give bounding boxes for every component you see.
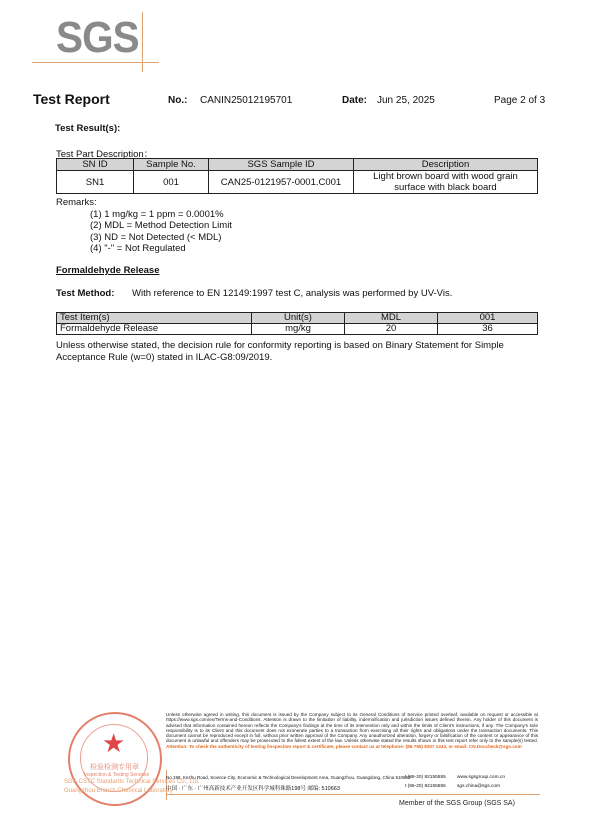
cell-sgs-sample-id: CAN25-0121957-0001.C001 — [209, 171, 354, 194]
formaldehyde-results-table: Test Item(s) Unit(s) MDL 001 Formaldehyd… — [56, 312, 538, 335]
test-method-text: With reference to EN 12149:1997 test C, … — [132, 288, 452, 299]
column-header: Unit(s) — [252, 313, 345, 324]
remark-item: (1) 1 mg/kg = 1 ppm = 0.0001% — [90, 209, 232, 221]
column-header: SGS Sample ID — [209, 159, 354, 171]
date-value: Jun 25, 2025 — [377, 95, 435, 106]
test-results-heading: Test Result(s): — [55, 123, 120, 134]
test-method-label: Test Method: — [56, 288, 132, 299]
table-row: SN1 001 CAN25-0121957-0001.C001 Light br… — [57, 171, 538, 194]
telephone-1: t (86-20) 82155555 — [405, 775, 446, 780]
address-cn: 中国 · 广东 · 广州高新技术产业开发区科学城科珠路198号 邮编: 5106… — [166, 784, 340, 792]
stamp-en-text: Inspection & Testing Services — [84, 772, 149, 778]
remarks: Remarks: (1) 1 mg/kg = 1 ppm = 0.0001% (… — [56, 197, 232, 255]
legal-text: Unless otherwise agreed in writing, this… — [166, 712, 538, 743]
test-method: Test Method:With reference to EN 12149:1… — [56, 288, 452, 299]
cell-mdl: 20 — [345, 324, 438, 335]
remarks-list: (1) 1 mg/kg = 1 ppm = 0.0001% (2) MDL = … — [56, 209, 232, 255]
logo-horizontal-rule — [32, 62, 159, 63]
formaldehyde-section-title: Formaldehyde Release — [56, 265, 160, 276]
table-row: Formaldehyde Release mg/kg 20 36 — [57, 324, 538, 335]
stamp-cn-text: 检验检测专用章 — [90, 762, 139, 772]
report-no-value: CANIN25012195701 — [200, 95, 292, 106]
lab-name-line2: Guangzhou Branch Chemical Laboratory — [64, 788, 173, 794]
column-header: Description — [354, 159, 538, 171]
member-statement: Member of the SGS Group (SGS SA) — [399, 800, 515, 807]
column-header: Sample No. — [134, 159, 209, 171]
website-link[interactable]: www.sgsgroup.com.cn — [457, 775, 505, 780]
remark-item: (4) "-" = Not Regulated — [90, 243, 232, 255]
report-title: Test Report — [33, 91, 110, 107]
column-header: SN ID — [57, 159, 134, 171]
cell-result-001: 36 — [438, 324, 538, 335]
cell-description: Light brown board with wood grain surfac… — [354, 171, 538, 194]
remark-item: (3) ND = Not Detected (< MDL) — [90, 232, 232, 244]
column-header: MDL — [345, 313, 438, 324]
date-label: Date: — [342, 95, 367, 106]
column-header: Test Item(s) — [57, 313, 252, 324]
email-link[interactable]: sgs.china@sgs.com — [457, 784, 500, 789]
star-icon: ★ — [102, 728, 125, 759]
cell-sample-no: 001 — [134, 171, 209, 194]
cell-test-item: Formaldehyde Release — [57, 324, 252, 335]
column-header: 001 — [438, 313, 538, 324]
attention-text: Attention: To check the authenticity of … — [166, 744, 522, 749]
report-no-label: No.: — [168, 95, 187, 106]
remark-item: (2) MDL = Method Detection Limit — [90, 220, 232, 232]
legal-disclaimer: Unless otherwise agreed in writing, this… — [166, 712, 538, 749]
telephone-2: t (86-20) 82155555 — [405, 784, 446, 789]
sgs-logo: SGS — [56, 14, 139, 62]
cell-unit: mg/kg — [252, 324, 345, 335]
decision-rule-statement: Unless otherwise stated, the decision ru… — [56, 340, 546, 364]
footer-horizontal-rule — [166, 794, 540, 795]
address-en: No.198, Kezhu Road, Science City, Econom… — [166, 775, 411, 780]
page-indicator: Page 2 of 3 — [494, 95, 545, 106]
remarks-label: Remarks: — [56, 197, 232, 209]
part-description-table: SN ID Sample No. SGS Sample ID Descripti… — [56, 158, 538, 194]
cell-sn-id: SN1 — [57, 171, 134, 194]
logo-vertical-rule — [142, 12, 143, 72]
